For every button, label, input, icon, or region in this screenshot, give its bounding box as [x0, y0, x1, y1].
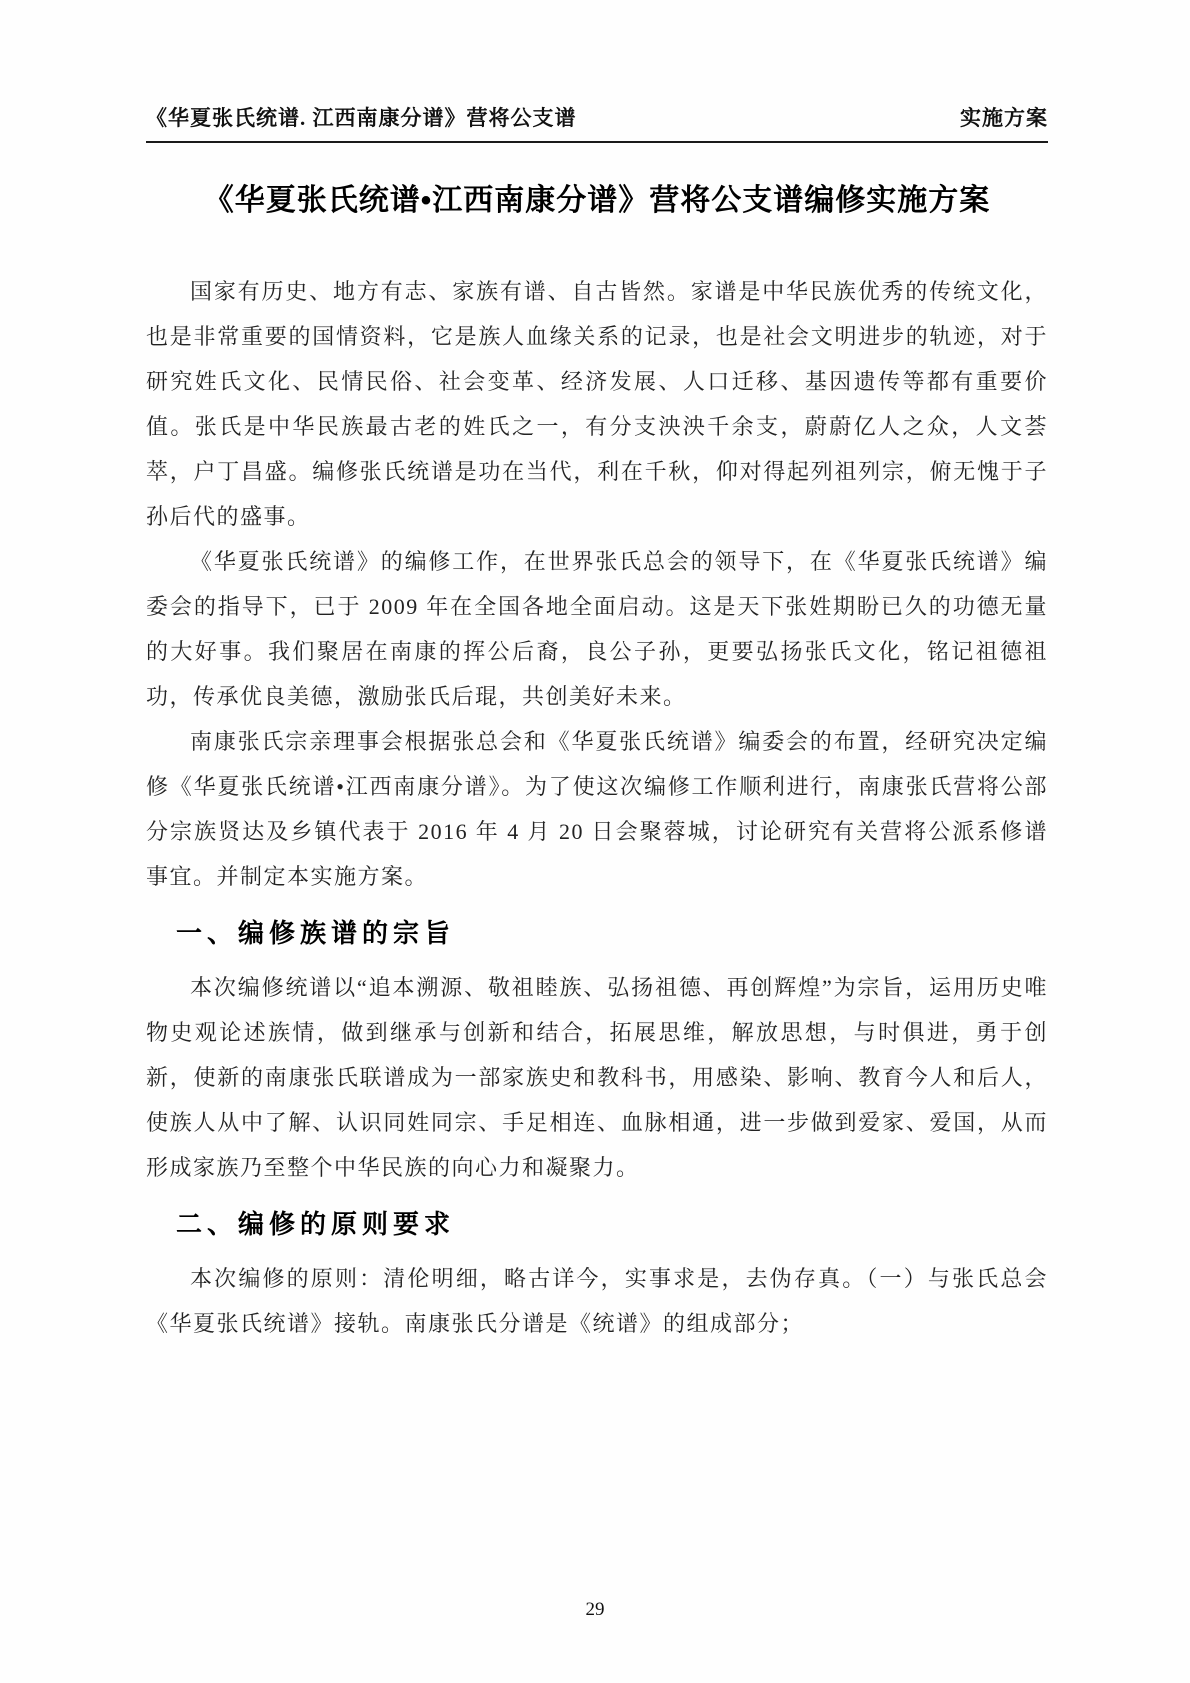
running-header: 《华夏张氏统谱. 江西南康分谱》营将公支谱 实施方案: [146, 102, 1048, 143]
section-2-paragraph: 本次编修的原则：清伦明细，略古详今，实事求是，去伪存真。（一）与张氏总会《华夏张…: [146, 1256, 1048, 1346]
intro-paragraph-1: 国家有历史、地方有志、家族有谱、自古皆然。家谱是中华民族优秀的传统文化，也是非常…: [146, 269, 1048, 539]
intro-paragraph-2: 《华夏张氏统谱》的编修工作，在世界张氏总会的领导下，在《华夏张氏统谱》编委会的指…: [146, 539, 1048, 719]
intro-paragraph-3: 南康张氏宗亲理事会根据张总会和《华夏张氏统谱》编委会的布置，经研究决定编修《华夏…: [146, 719, 1048, 899]
document-page: 《华夏张氏统谱. 江西南康分谱》营将公支谱 实施方案 《华夏张氏统谱•江西南康分…: [0, 0, 1190, 1683]
page-content: 《华夏张氏统谱. 江西南康分谱》营将公支谱 实施方案 《华夏张氏统谱•江西南康分…: [0, 0, 1190, 1346]
section-1-heading: 一、编修族谱的宗旨: [176, 913, 1048, 953]
page-number: 29: [586, 1599, 605, 1620]
document-body: 国家有历史、地方有志、家族有谱、自古皆然。家谱是中华民族优秀的传统文化，也是非常…: [146, 269, 1048, 1346]
page-footer: 29: [0, 1599, 1190, 1621]
header-doc-type-label: 实施方案: [960, 102, 1048, 132]
header-booklet-title: 《华夏张氏统谱. 江西南康分谱》营将公支谱: [146, 102, 577, 132]
section-2-heading: 二、编修的原则要求: [176, 1204, 1048, 1244]
document-title: 《华夏张氏统谱•江西南康分谱》营将公支谱编修实施方案: [146, 179, 1048, 223]
section-1-paragraph: 本次编修统谱以“追本溯源、敬祖睦族、弘扬祖德、再创辉煌”为宗旨，运用历史唯物史观…: [146, 965, 1048, 1190]
